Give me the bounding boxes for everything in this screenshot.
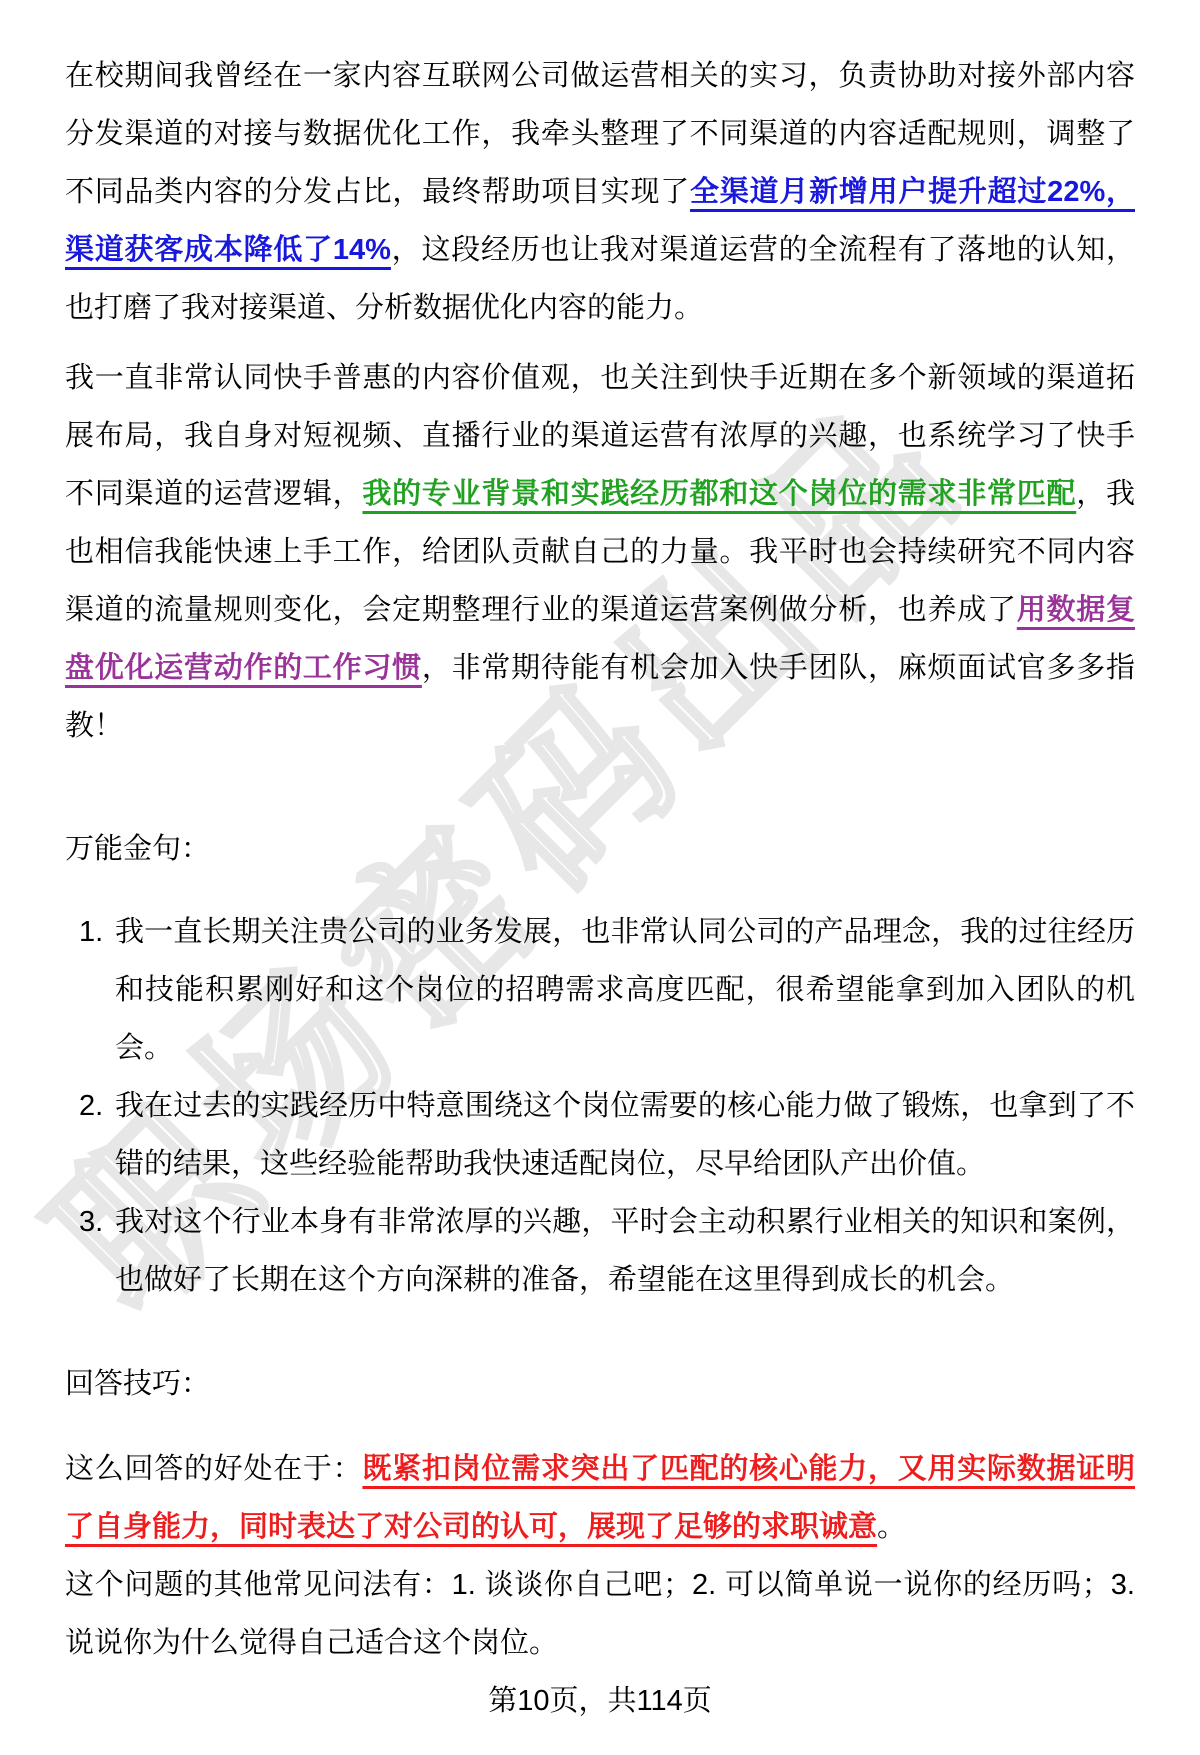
page-content: 在校期间我曾经在一家内容互联网公司做运营相关的实习，负责协助对接外部内容分发渠道… <box>0 0 1200 1730</box>
golden-sentences-list: 1. 我一直长期关注贵公司的业务发展，也非常认同公司的产品理念，我的过往经历和技… <box>65 903 1135 1309</box>
intro-p2-highlight-green: 我的专业背景和实践经历都和这个岗位的需求非常匹配 <box>362 478 1076 510</box>
document-page: 职场密码出品 在校期间我曾经在一家内容互联网公司做运营相关的实习，负责协助对接外… <box>0 0 1200 1755</box>
list-item: 2. 我在过去的实践经历中特意围绕这个岗位需要的核心能力做了锻炼，也拿到了不错的… <box>65 1077 1135 1193</box>
intro-paragraph-1: 在校期间我曾经在一家内容互联网公司做运营相关的实习，负责协助对接外部内容分发渠道… <box>65 47 1135 337</box>
benefit-paragraph: 这么回答的好处在于：既紧扣岗位需求突出了匹配的核心能力，又用实际数据证明了自身能… <box>65 1440 1135 1556</box>
list-item-number: 1. <box>65 903 115 961</box>
benefit-lead-text: 这么回答的好处在于： <box>65 1453 362 1485</box>
golden-sentences-heading: 万能金句： <box>65 820 1135 878</box>
list-item-text: 我在过去的实践经历中特意围绕这个岗位需要的核心能力做了锻炼，也拿到了不错的结果，… <box>115 1077 1135 1193</box>
list-item-text: 我一直长期关注贵公司的业务发展，也非常认同公司的产品理念，我的过往经历和技能积累… <box>115 903 1135 1077</box>
answer-tips-heading: 回答技巧： <box>65 1355 1135 1413</box>
list-item: 1. 我一直长期关注贵公司的业务发展，也非常认同公司的产品理念，我的过往经历和技… <box>65 903 1135 1077</box>
intro-paragraph-2: 我一直非常认同快手普惠的内容价值观，也关注到快手近期在多个新领域的渠道拓展布局，… <box>65 349 1135 755</box>
list-item-number: 2. <box>65 1077 115 1135</box>
benefit-text-after: 。 <box>877 1511 906 1543</box>
page-number-footer: 第10页，共114页 <box>65 1672 1135 1730</box>
variant-questions-paragraph: 这个问题的其他常见问法有：1. 谈谈你自己吧；2. 可以简单说一说你的经历吗；3… <box>65 1556 1135 1672</box>
list-item-number: 3. <box>65 1193 115 1251</box>
list-item-text: 我对这个行业本身有非常浓厚的兴趣，平时会主动积累行业相关的知识和案例，也做好了长… <box>115 1193 1135 1309</box>
list-item: 3. 我对这个行业本身有非常浓厚的兴趣，平时会主动积累行业相关的知识和案例，也做… <box>65 1193 1135 1309</box>
